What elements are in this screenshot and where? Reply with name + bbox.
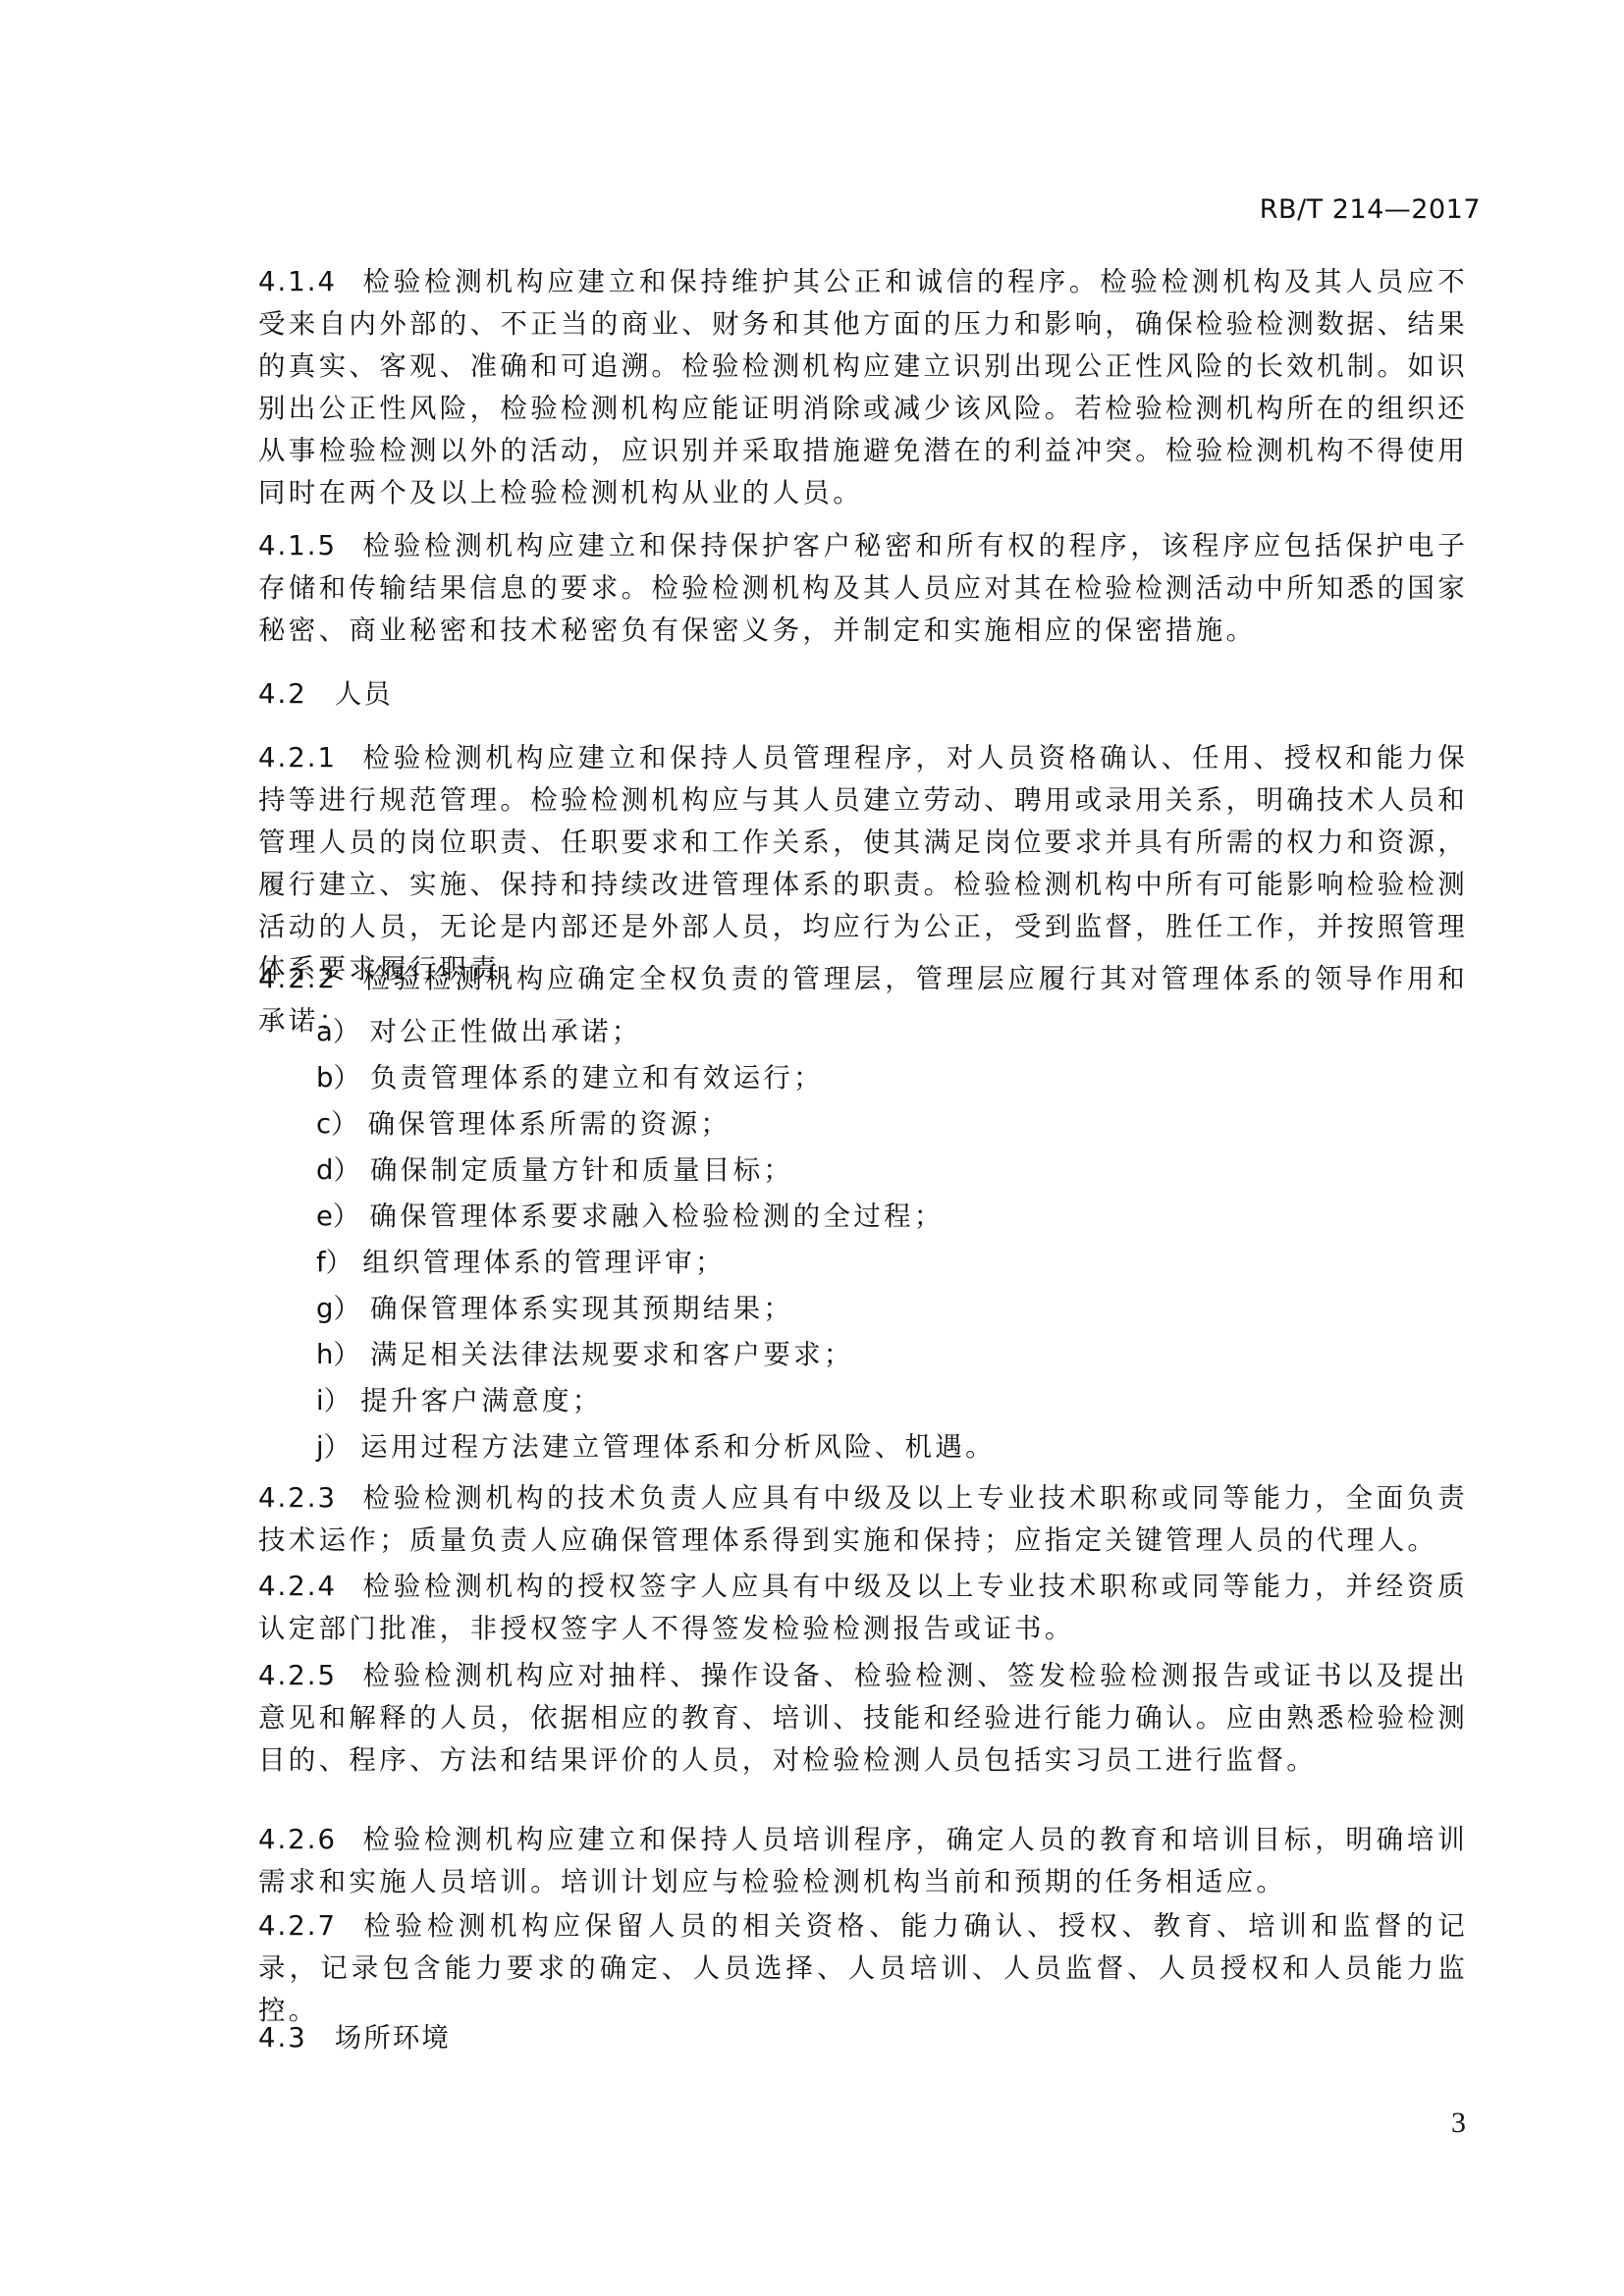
list-item-g: g）确保管理体系实现其预期结果； (316, 1288, 793, 1330)
list-text: 确保管理体系要求融入检验检测的全过程； (369, 1201, 944, 1232)
list-item-e: e）确保管理体系要求融入检验检测的全过程； (316, 1196, 945, 1238)
standard-id-header: RB/T 214—2017 (1260, 194, 1481, 225)
clause-4-1-4: 4.1.4检验检测机构应建立和保持维护其公正和诚信的程序。检验检测机构及其人员应… (258, 261, 1468, 514)
clause-4-2-3: 4.2.3检验检测机构的技术负责人应具有中级及以上专业技术职称或同等能力，全面负… (258, 1477, 1468, 1562)
clause-number: 4.2.1 (258, 742, 337, 774)
list-text: 提升客户满意度； (360, 1385, 602, 1416)
list-marker: a） (316, 1016, 359, 1047)
clause-number: 4.2.5 (258, 1660, 337, 1691)
clause-text: 检验检测机构应对抽样、操作设备、检验检测、签发检验检测报告或证书以及提出意见和解… (258, 1660, 1468, 1776)
clause-text: 检验检测机构应建立和保持人员培训程序，确定人员的教育和培训目标，明确培训需求和实… (258, 1824, 1468, 1897)
list-item-f: f）组织管理体系的管理评审； (316, 1242, 726, 1284)
list-text: 满足相关法律法规要求和客户要求； (370, 1339, 854, 1370)
section-number: 4.3 (258, 2022, 307, 2054)
clause-text: 检验检测机构应保留人员的相关资格、能力确认、授权、教育、培训和监督的记录，记录包… (258, 1910, 1468, 2026)
section-number: 4.2 (258, 678, 307, 710)
list-item-d: d）确保制定质量方针和质量目标； (316, 1149, 793, 1192)
list-item-b: b）负责管理体系的建立和有效运行； (316, 1057, 824, 1099)
section-title: 人员 (335, 678, 393, 710)
section-heading-4-3: 4.3场所环境 (258, 2017, 451, 2059)
list-marker: b） (316, 1062, 360, 1094)
list-item-j: j）运用过程方法建立管理体系和分析风险、机遇。 (316, 1426, 996, 1468)
list-marker: g） (316, 1293, 360, 1324)
list-marker: f） (316, 1247, 352, 1278)
list-text: 确保管理体系所需的资源； (368, 1108, 731, 1140)
list-text: 组织管理体系的管理评审； (362, 1247, 726, 1278)
clause-number: 4.2.6 (258, 1824, 337, 1855)
clause-4-2-4: 4.2.4检验检测机构的授权签字人应具有中级及以上专业技术职称或同等能力，并经资… (258, 1566, 1468, 1650)
clause-text: 检验检测机构应建立和保持保护客户秘密和所有权的程序，该程序应包括保护电子存储和传… (258, 530, 1468, 646)
list-text: 负责管理体系的建立和有效运行； (370, 1062, 824, 1094)
list-marker: c） (316, 1108, 358, 1140)
clause-number: 4.2.4 (258, 1571, 337, 1602)
clause-number: 4.2.7 (258, 1910, 337, 1942)
section-title: 场所环境 (335, 2022, 451, 2054)
list-marker: e） (316, 1201, 359, 1232)
clause-4-1-5: 4.1.5检验检测机构应建立和保持保护客户秘密和所有权的程序，该程序应包括保护电… (258, 525, 1468, 652)
list-item-a: a）对公正性做出承诺； (316, 1011, 642, 1053)
clause-4-2-1: 4.2.1检验检测机构应建立和保持人员管理程序，对人员资格确认、任用、授权和能力… (258, 737, 1468, 990)
clause-text: 检验检测机构应建立和保持维护其公正和诚信的程序。检验检测机构及其人员应不受来自内… (258, 266, 1468, 508)
list-item-i: i）提升客户满意度； (316, 1380, 603, 1422)
clause-text: 检验检测机构的授权签字人应具有中级及以上专业技术职称或同等能力，并经资质认定部门… (258, 1571, 1468, 1644)
clause-number: 4.2.2 (258, 963, 337, 994)
clause-number: 4.1.5 (258, 530, 337, 561)
clause-4-2-5: 4.2.5检验检测机构应对抽样、操作设备、检验检测、签发检验检测报告或证书以及提… (258, 1655, 1468, 1782)
clause-text: 检验检测机构的技术负责人应具有中级及以上专业技术职称或同等能力，全面负责技术运作… (258, 1482, 1468, 1556)
list-marker: h） (316, 1339, 360, 1370)
clause-4-2-6: 4.2.6检验检测机构应建立和保持人员培训程序，确定人员的教育和培训目标，明确培… (258, 1819, 1468, 1903)
list-text: 确保制定质量方针和质量目标； (370, 1154, 793, 1186)
clause-4-2-7: 4.2.7检验检测机构应保留人员的相关资格、能力确认、授权、教育、培训和监督的记… (258, 1905, 1468, 2032)
clause-number: 4.1.4 (258, 266, 337, 297)
clause-number: 4.2.3 (258, 1482, 337, 1514)
list-text: 对公正性做出承诺； (369, 1016, 641, 1047)
clause-text: 检验检测机构应建立和保持人员管理程序，对人员资格确认、任用、授权和能力保持等进行… (258, 742, 1468, 985)
list-text: 运用过程方法建立管理体系和分析风险、机遇。 (360, 1431, 996, 1463)
list-text: 确保管理体系实现其预期结果； (370, 1293, 793, 1324)
list-marker: j） (316, 1431, 351, 1463)
list-item-c: c）确保管理体系所需的资源； (316, 1103, 731, 1146)
list-marker: i） (316, 1385, 351, 1416)
list-marker: d） (316, 1154, 360, 1186)
page-number: 3 (1451, 2107, 1466, 2140)
list-item-h: h）满足相关法律法规要求和客户要求； (316, 1334, 854, 1376)
section-heading-4-2: 4.2人员 (258, 673, 393, 716)
